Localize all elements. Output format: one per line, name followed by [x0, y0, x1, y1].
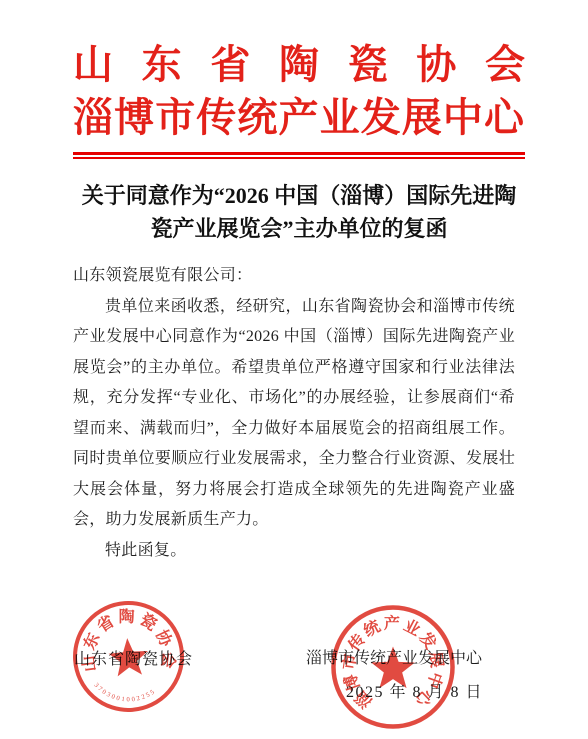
right-seal-star-icon	[371, 647, 415, 689]
closing-phrase: 特此函复。	[73, 536, 515, 567]
document-title-line2: 瓷产业展览会”主办单位的复函	[150, 216, 447, 241]
official-letter-page: 山东省陶瓷协会 淄博市传统产业发展中心 关于同意作为“2026 中国（淄博）国际…	[0, 0, 588, 739]
recipient-salutation: 山东领瓷展览有限公司：	[73, 261, 515, 292]
left-official-seal-stamp: 山东省陶瓷协会 3703001002255	[67, 595, 190, 718]
letter-body: 山东领瓷展览有限公司： 贵单位来函收悉，经研究，山东省陶瓷协会和淄博市传统产业发…	[73, 261, 515, 566]
right-official-seal-stamp: 淄博市传统产业发展中心	[329, 603, 457, 731]
left-seal-star-icon	[108, 637, 150, 677]
document-title: 关于同意作为“2026 中国（淄博）国际先进陶 瓷产业展览会”主办单位的复函	[73, 179, 525, 245]
letterhead-org-line1: 山东省陶瓷协会	[73, 38, 525, 91]
letterhead-org-line2: 淄博市传统产业发展中心	[73, 91, 525, 144]
letterhead-divider	[73, 152, 525, 159]
document-title-line1: 关于同意作为“2026 中国（淄博）国际先进陶	[82, 183, 517, 208]
body-paragraph: 贵单位来函收悉，经研究，山东省陶瓷协会和淄博市传统产业发展中心同意作为“2026…	[73, 292, 515, 536]
